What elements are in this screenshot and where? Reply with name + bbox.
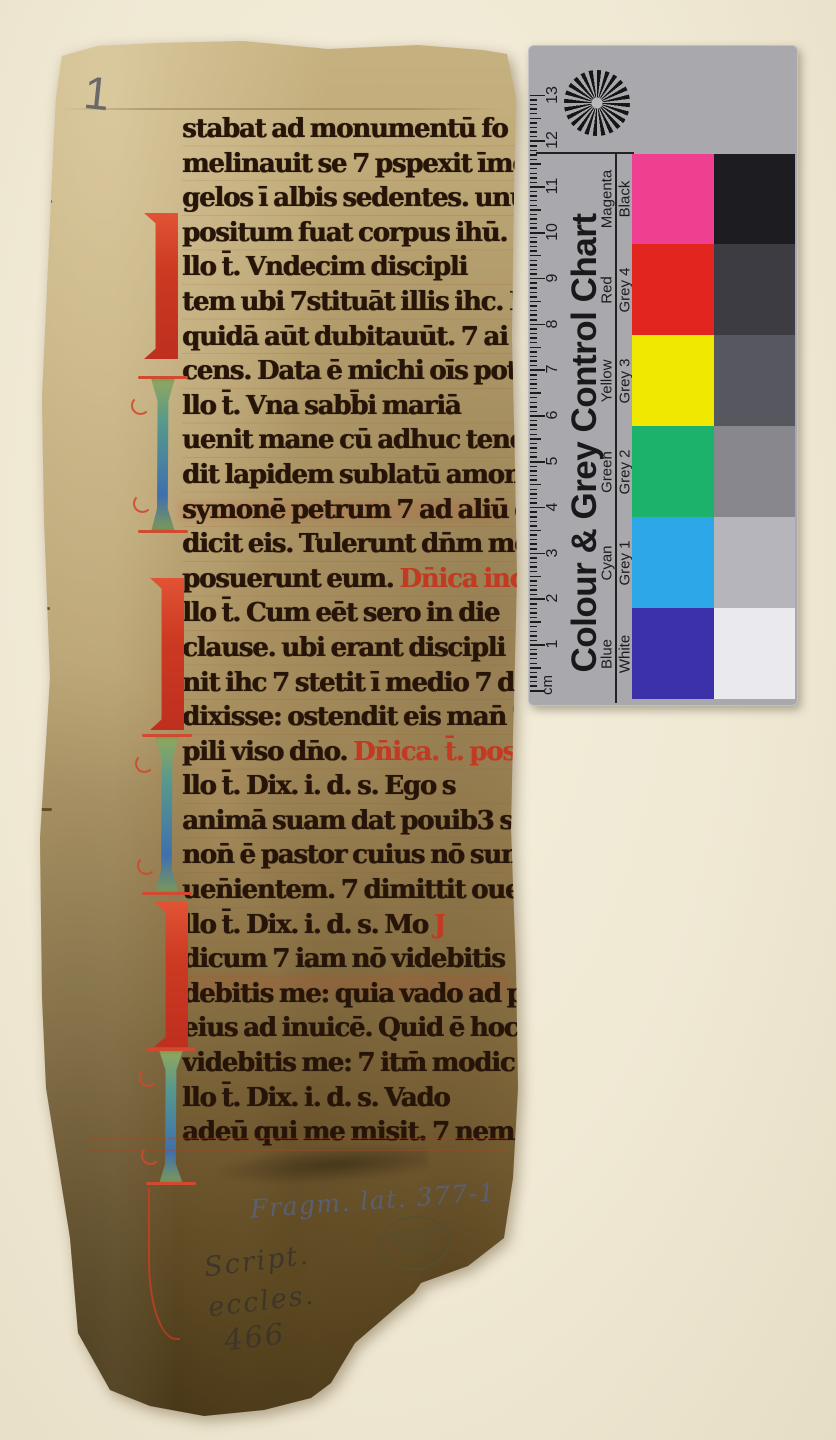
ruler-tick — [530, 434, 537, 436]
text-ink: symonē petrum 7 ad aliū d — [182, 495, 518, 525]
ruler-tick — [530, 402, 537, 404]
grey-label: Black — [617, 181, 634, 218]
text-ink: uen̄ientem. 7 dimittit oues 7 — [182, 875, 518, 905]
ruler-tick — [530, 383, 537, 385]
ruler-number: 9 — [544, 263, 562, 293]
text-ink: stabat ad monumentū fo — [182, 114, 507, 144]
ruler-tick — [530, 475, 537, 477]
text-ink: adeū qui me misit. 7 nem — [182, 1117, 514, 1147]
swatch-white — [714, 608, 796, 699]
text-ink: llo t̄. Dix. i. d. s. Ego s — [182, 771, 455, 801]
ruler-tick — [530, 466, 537, 468]
swatch-grid — [632, 154, 795, 700]
ruler-tick — [530, 502, 537, 504]
manuscript-line: dicum 7 iam nō videbitis — [182, 942, 518, 977]
sewing-stitch — [30, 93, 52, 96]
ruler-tick — [530, 543, 537, 545]
manuscript-line: debitis me: quia vado ad p — [182, 977, 518, 1012]
text-ink: dixisse: ostendit eis man̄ 7 — [182, 702, 518, 732]
ruler-tick — [530, 534, 537, 536]
rubric-text: F — [513, 218, 518, 248]
ruler-tick — [530, 186, 545, 188]
manuscript-line: clause. ubi erant discipli — [182, 631, 518, 666]
ruler-tick — [530, 108, 537, 110]
ruler-tick — [530, 617, 537, 619]
text-ink: llo t̄. Vna sabb̄i mariā — [182, 391, 460, 421]
ruler-tick — [530, 411, 537, 413]
label-separator-line — [536, 152, 634, 154]
rubric-text: J — [434, 910, 445, 940]
color-control-chart: 12345678910111213 cm Colour & Grey Contr… — [528, 45, 798, 706]
ruler-tick — [530, 443, 537, 445]
penwork-cap — [138, 376, 188, 379]
ruler-tick — [530, 685, 537, 687]
swatch-grey-4 — [714, 244, 796, 335]
ruler-tick — [530, 585, 537, 587]
text-ink: pili viso dn̄o. — [182, 737, 353, 767]
library-stamp: UNIVERSITÄTS- BIBLIOTHEK LEIPZIG — [377, 1212, 452, 1273]
siemens-star-icon — [564, 70, 630, 136]
penwork-curl — [137, 856, 156, 875]
ruler-tick — [530, 118, 541, 120]
ruler-tick — [530, 672, 537, 674]
swatch-grey-3 — [714, 335, 796, 426]
ruler-tick — [530, 392, 541, 394]
text-ink: dicit eis. Tulerunt dn̄m me — [182, 529, 518, 559]
ruler-tick — [530, 264, 537, 266]
swatch-red — [632, 244, 714, 335]
grey-label: White — [617, 634, 634, 672]
ruler-tick — [530, 548, 537, 550]
ruler-tick — [530, 640, 537, 642]
text-ink: melinauit se 7 pspexit īmo — [182, 149, 518, 179]
ruler-tick — [530, 553, 545, 555]
text-ink: posuerunt eum. — [182, 564, 399, 594]
ruler-number: 1 — [544, 629, 562, 659]
ruler-tick — [530, 99, 537, 101]
manuscript-line: quidā aūt dubitauūt. 7 ai — [182, 320, 518, 355]
ruler-tick — [530, 653, 537, 655]
ruler-tick — [530, 539, 537, 541]
ruler-tick — [530, 255, 541, 257]
photo-stage: 1 stabat ad monumentū fomelinauit se 7 p… — [0, 0, 836, 1440]
ruler-tick — [530, 447, 537, 449]
manuscript-line: uenit mane cū adhuc tenebr — [182, 423, 518, 458]
penwork-cap — [146, 1048, 196, 1051]
text-ink: videbitis me: 7 itm̄ modic — [182, 1048, 514, 1078]
ruler-tick — [530, 333, 537, 335]
penwork-curl — [141, 1146, 160, 1165]
ruler-tick — [530, 631, 537, 633]
ruler-tick — [530, 214, 537, 216]
penwork-curl — [139, 1068, 158, 1087]
text-ink: llo t̄. Vndecim discipli — [182, 252, 467, 282]
text-ink: eius ad inuicē. Quid ē hoc — [182, 1013, 518, 1043]
text-ink: uenit mane cū adhuc tenebr — [182, 425, 518, 455]
manuscript-line: gelos ī albis sedentes. unū a — [182, 181, 518, 216]
manuscript-line: llo t̄. Dix. i. d. s. Ego s — [182, 769, 518, 804]
ruler-tick — [530, 489, 537, 491]
ruler-tick — [530, 612, 537, 614]
manuscript-line: melinauit se 7 pspexit īmo — [182, 147, 518, 182]
ruler-tick — [530, 608, 537, 610]
ruler-number: 6 — [544, 400, 562, 430]
ruler-tick — [530, 232, 545, 234]
ruler-tick — [530, 296, 537, 298]
ruler-tick — [530, 415, 545, 417]
ruler-tick — [530, 127, 537, 129]
ruler-tick — [530, 530, 541, 532]
ruler-tick — [530, 282, 537, 284]
ruler-tick — [530, 456, 537, 458]
manuscript-line: nit ihc 7 stetit ī medio 7 dix — [182, 666, 518, 701]
ruler-tick — [530, 498, 537, 500]
sewing-stitch — [28, 607, 50, 610]
manuscript-line: adeū qui me misit. 7 nem — [182, 1115, 518, 1150]
ruler-tick — [530, 163, 541, 165]
parchment-surface: 1 stabat ad monumentū fomelinauit se 7 p… — [28, 38, 520, 1418]
ruling-line — [88, 1138, 508, 1139]
ruler-tick — [530, 658, 537, 660]
ruler-tick — [530, 223, 537, 225]
ruler-tick — [530, 452, 537, 454]
ruler-tick — [530, 603, 537, 605]
swatch-yellow — [632, 335, 714, 426]
rubric-text: Dn̄ica ince — [399, 564, 518, 594]
ruler-tick — [530, 594, 537, 596]
ruler-tick — [530, 351, 537, 353]
ruler-tick — [530, 580, 537, 582]
initial-red — [150, 578, 184, 730]
ruler-tick — [530, 191, 537, 193]
ruler-tick — [530, 342, 537, 344]
ruler-tick — [530, 562, 537, 564]
ruler-number: 13 — [544, 80, 562, 110]
ruler-tick — [530, 200, 537, 202]
initial-red — [154, 902, 188, 1047]
text-ink: positum fuat corpus ihū. — [182, 218, 513, 248]
manuscript-line: llo t̄. Dix. i. d. s. Mo J — [182, 908, 518, 943]
ruler-tick — [530, 131, 537, 133]
ruler-number: 4 — [544, 492, 562, 522]
text-ink: debitis me: quia vado ad p — [182, 979, 518, 1009]
ruler-number: 12 — [544, 125, 562, 155]
ruler-number: 10 — [544, 217, 562, 247]
ruler-tick — [530, 246, 537, 248]
manuscript-line: dixisse: ostendit eis man̄ 7 — [182, 700, 518, 735]
manuscript-line: stabat ad monumentū fo — [182, 112, 518, 147]
initial-foliate — [148, 378, 178, 532]
ruler-tick — [530, 168, 537, 170]
ruler-tick — [530, 314, 537, 316]
penwork-curl — [133, 494, 152, 513]
ruler-tick — [530, 571, 537, 573]
parchment-crease — [58, 108, 498, 110]
manuscript-line: videbitis me: 7 itm̄ modic — [182, 1046, 518, 1081]
penwork-descender — [148, 1188, 180, 1340]
manuscript-line: llo t̄. Cum eēt sero in die — [182, 596, 518, 631]
manuscript-line: tem ubi 7stituāt illis ihc. E — [182, 285, 518, 320]
manuscript-line: llo t̄. Vna sabb̄i mariā — [182, 389, 518, 424]
sewing-stitch — [30, 808, 52, 811]
ruler-tick — [530, 104, 537, 106]
ruler-tick — [530, 305, 537, 307]
text-ink: non̄ ē pastor cuius nō sun — [182, 840, 518, 870]
rubric-text: Dn̄ica. t̄. pos — [353, 737, 516, 767]
sewing-stitch — [30, 200, 52, 203]
ruling-line — [88, 1150, 508, 1151]
ruler-tick — [530, 241, 537, 243]
text-ink: quidā aūt dubitauūt. 7 ai — [182, 322, 508, 352]
ruler-tick — [530, 205, 537, 207]
text-ink: animā suam dat pouib3 su — [182, 806, 518, 836]
ruler-tick — [530, 237, 537, 239]
inscription-number: 466 — [222, 1316, 287, 1357]
ruler-tick — [530, 173, 537, 175]
grey-label: Grey 2 — [617, 449, 634, 494]
ruler-tick — [530, 273, 537, 275]
penwork-cap — [138, 530, 188, 533]
text-ink: clause. ubi erant discipli — [182, 633, 505, 663]
manuscript-line: posuerunt eum. Dn̄ica ince — [182, 562, 518, 597]
ruler-tick — [530, 292, 537, 294]
manuscript-line: eius ad inuicē. Quid ē hoc — [182, 1011, 518, 1046]
ruler-tick — [530, 301, 541, 303]
ruler-tick — [530, 365, 537, 367]
ruler-tick — [530, 250, 537, 252]
manuscript-line: animā suam dat pouib3 su — [182, 804, 518, 839]
swatch-grey-1 — [714, 517, 796, 608]
text-ink: llo t̄. Cum eēt sero in die — [182, 598, 499, 628]
ruler-tick — [530, 95, 545, 97]
manuscript-text: stabat ad monumentū fomelinauit se 7 psp… — [182, 112, 518, 1150]
manuscript-line: uen̄ientem. 7 dimittit oues 7 — [182, 873, 518, 908]
manuscript-line: non̄ ē pastor cuius nō sun — [182, 838, 518, 873]
manuscript-line: positum fuat corpus ihū. F — [182, 216, 518, 251]
ruler-tick — [530, 388, 537, 390]
ruler-tick — [530, 347, 541, 349]
ruler-tick — [530, 470, 537, 472]
ruler-tick — [530, 635, 537, 637]
swatch-grey-2 — [714, 426, 796, 517]
ruler-tick — [530, 310, 537, 312]
ruler-tick — [530, 113, 537, 115]
ruler-number: 5 — [544, 446, 562, 476]
ruler-tick — [530, 424, 537, 426]
ruler-tick — [530, 337, 537, 339]
ruler-tick — [530, 576, 541, 578]
ruler-tick — [530, 269, 537, 271]
ruler-tick — [530, 328, 537, 330]
ruler-tick — [530, 461, 545, 463]
manuscript-line: symonē petrum 7 ad aliū d — [182, 493, 518, 528]
ruler-tick — [530, 218, 537, 220]
stamp-line: LEIPZIG — [401, 1246, 431, 1258]
color-label: Blue — [599, 639, 616, 669]
ruler-tick — [530, 379, 537, 381]
manuscript-line: dit lapidem sublatū amon — [182, 458, 518, 493]
color-label: Cyan — [599, 545, 616, 580]
ruler-tick — [530, 479, 537, 481]
ruler-tick — [530, 319, 537, 321]
ruler-tick — [530, 676, 537, 678]
swatch-green — [632, 426, 714, 517]
ruler-tick — [530, 406, 537, 408]
ruler-tick — [530, 663, 537, 665]
ruler-tick — [530, 182, 537, 184]
ruler-tick — [530, 177, 537, 179]
grey-label: Grey 1 — [617, 540, 634, 585]
penwork-cap — [142, 892, 192, 895]
manuscript-line: llo t̄. Vndecim discipli — [182, 250, 518, 285]
pencil-folio-number: 1 — [81, 65, 112, 121]
grey-label: Grey 4 — [617, 267, 634, 312]
ruler-tick — [530, 195, 537, 197]
ruler-tick — [530, 598, 545, 600]
ruler-number: 2 — [544, 583, 562, 613]
ruler-tick — [530, 209, 541, 211]
ruler-tick — [530, 369, 545, 371]
text-ink: llo t̄. Dix. i. d. s. Mo — [182, 910, 434, 940]
ruler-number: 8 — [544, 309, 562, 339]
ruler-tick — [530, 136, 537, 138]
swatch-cyan — [632, 517, 714, 608]
inscription-script: Script. — [203, 1240, 312, 1284]
ruler-tick — [530, 324, 545, 326]
ruler-tick — [530, 122, 537, 124]
ruler-tick — [530, 521, 537, 523]
manuscript-line: cens. Data ē michi oīs pote — [182, 354, 518, 389]
ruler-tick — [530, 374, 537, 376]
grey-label: Grey 3 — [617, 358, 634, 403]
color-label: Red — [599, 276, 616, 304]
text-ink: gelos ī albis sedentes. unū a — [182, 183, 518, 213]
ruler-tick — [530, 589, 537, 591]
manuscript-fragment: 1 stabat ad monumentū fomelinauit se 7 p… — [28, 38, 520, 1418]
manuscript-line: pili viso dn̄o. Dn̄ica. t̄. pos — [182, 735, 518, 770]
ruler-number: 3 — [544, 538, 562, 568]
text-ink: tem ubi 7stituāt illis ihc. E — [182, 287, 518, 317]
ruler-tick — [530, 511, 537, 513]
ruler-unit-label: cm — [538, 670, 556, 700]
manuscript-line: llo t̄. Dix. i. d. s. Vado — [182, 1081, 518, 1116]
ruler-tick — [530, 649, 537, 651]
ruler-tick — [530, 154, 537, 156]
color-label: Magenta — [599, 170, 616, 228]
label-underline — [615, 153, 617, 703]
swatch-blue — [632, 608, 714, 699]
color-label: Yellow — [599, 359, 616, 402]
ruler-number: 11 — [544, 171, 562, 201]
ruler-tick — [530, 145, 537, 147]
initial-foliate — [152, 736, 182, 894]
ruler-tick — [530, 429, 537, 431]
ruler-tick — [530, 621, 541, 623]
ruler-tick — [530, 287, 537, 289]
ruler-tick — [530, 557, 537, 559]
ruler-tick — [530, 626, 537, 628]
ruler-tick — [530, 360, 537, 362]
ruler-number: 7 — [544, 354, 562, 384]
ruler-tick — [530, 507, 545, 509]
initial-red — [144, 213, 178, 359]
text-ink: dit lapidem sublatū amon — [182, 460, 518, 490]
ruler-tick — [530, 438, 541, 440]
penwork-curl — [131, 396, 150, 415]
penwork-curl — [135, 754, 154, 773]
ruler-tick — [530, 644, 545, 646]
penwork-cap — [146, 1182, 196, 1185]
penwork-cap — [142, 734, 192, 737]
ruler-tick — [530, 278, 545, 280]
ruler-tick — [530, 667, 541, 669]
color-label: Green — [599, 451, 616, 493]
ruler-tick — [530, 227, 537, 229]
text-ink: nit ihc 7 stetit ī medio 7 dix — [182, 668, 518, 698]
ruler-tick — [530, 681, 537, 683]
ruler-tick — [530, 260, 537, 262]
ruler-tick — [530, 159, 537, 161]
swatch-black — [714, 154, 796, 245]
manuscript-line: dicit eis. Tulerunt dn̄m me — [182, 527, 518, 562]
text-ink: dicum 7 iam nō videbitis — [182, 944, 505, 974]
ruler-tick — [530, 566, 537, 568]
ruler-tick — [530, 420, 537, 422]
ruler-tick — [530, 150, 537, 152]
ruler-tick — [530, 516, 537, 518]
ruler-tick — [530, 484, 541, 486]
swatch-magenta — [632, 154, 714, 245]
inscription-eccles: eccles. — [207, 1280, 317, 1324]
ruler-tick — [530, 397, 537, 399]
ruler-tick — [530, 525, 537, 527]
ruler-tick — [530, 493, 537, 495]
text-ink: llo t̄. Dix. i. d. s. Vado — [182, 1083, 449, 1113]
ruler-tick — [530, 140, 545, 142]
text-ink: cens. Data ē michi oīs pote — [182, 356, 518, 386]
ruler-tick — [530, 356, 537, 358]
